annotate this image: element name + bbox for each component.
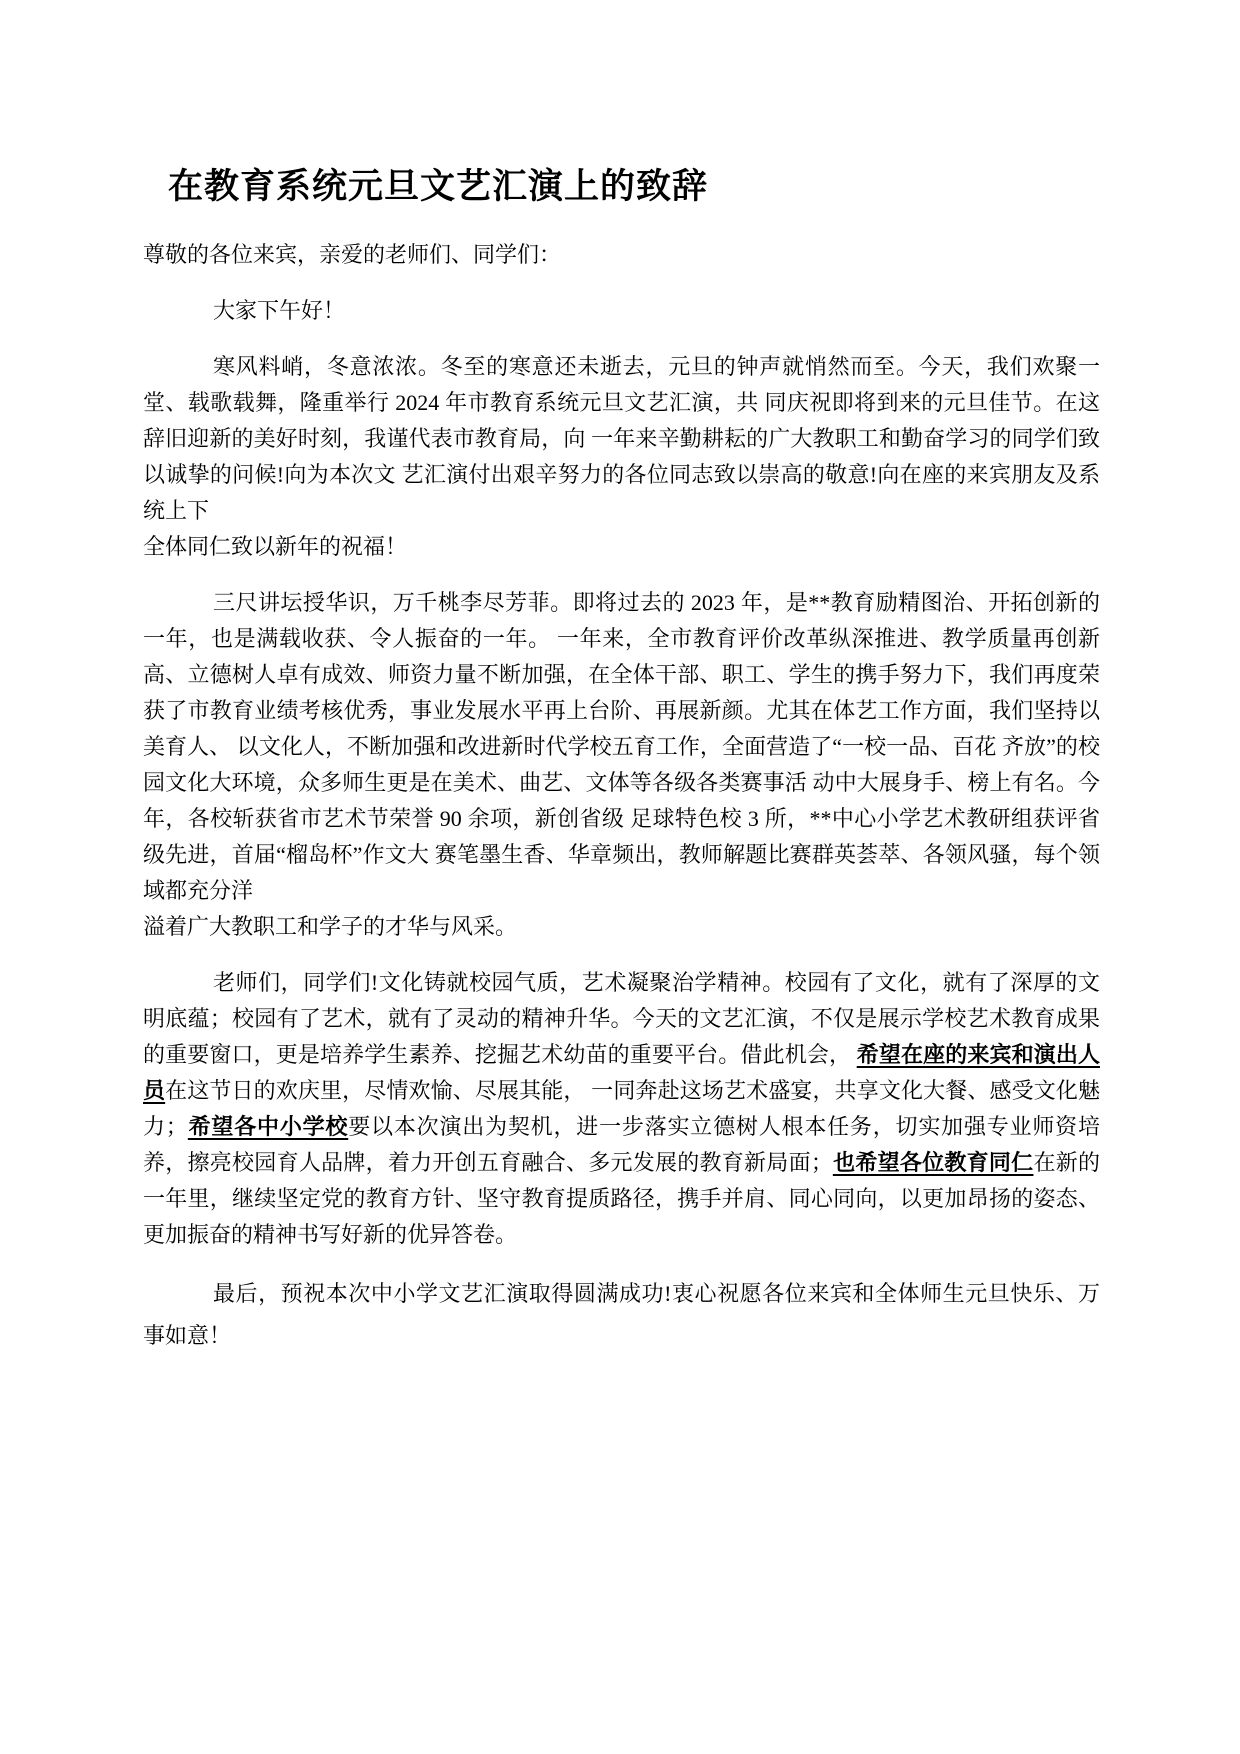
emphasized-text-run: 也希望各位教育同仁 bbox=[833, 1150, 1034, 1175]
salutation-line: 尊敬的各位来宾，亲爱的老师们、同学们： bbox=[143, 237, 1100, 273]
emphasized-text-run: 希望各中小学校 bbox=[188, 1114, 348, 1139]
paragraphs: 大家下午好！寒风料峭，冬意浓浓。冬至的寒意还未逝去，元旦的钟声就悄然而至。今天，… bbox=[143, 293, 1100, 1357]
text-run: 最后，预祝本次中小学文艺汇演取得圆满成功!衷心祝愿各位来宾和全体师生元旦快乐、万… bbox=[143, 1281, 1100, 1348]
text-run: 寒风料峭，冬意浓浓。冬至的寒意还未逝去，元旦的钟声就悄然而至。今天，我们欢聚一堂… bbox=[143, 354, 1100, 523]
para-year-review: 三尺讲坛授华识，万千桃李尽芳菲。即将过去的 2023 年，是**教育励精图治、开… bbox=[143, 585, 1100, 945]
text-run: 溢着广大教职工和学子的才华与风采。 bbox=[143, 914, 517, 939]
para-greeting: 大家下午好！ bbox=[143, 293, 1100, 329]
para-opening: 寒风料峭，冬意浓浓。冬至的寒意还未逝去，元旦的钟声就悄然而至。今天，我们欢聚一堂… bbox=[143, 349, 1100, 565]
document-page: 在教育系统元旦文艺汇演上的致辞 尊敬的各位来宾，亲爱的老师们、同学们： 大家下午… bbox=[0, 0, 1240, 1754]
para-closing: 最后，预祝本次中小学文艺汇演取得圆满成功!衷心祝愿各位来宾和全体师生元旦快乐、万… bbox=[143, 1273, 1100, 1357]
page-title: 在教育系统元旦文艺汇演上的致辞 bbox=[168, 163, 1100, 211]
text-run: 三尺讲坛授华识，万千桃李尽芳菲。即将过去的 2023 年，是**教育励精图治、开… bbox=[143, 590, 1100, 903]
text-run: 全体同仁致以新年的祝福！ bbox=[143, 534, 407, 559]
text-run: 大家下午好！ bbox=[213, 298, 345, 323]
para-hopes: 老师们，同学们!文化铸就校园气质，艺术凝聚治学精神。校园有了文化，就有了深厚的文… bbox=[143, 965, 1100, 1253]
